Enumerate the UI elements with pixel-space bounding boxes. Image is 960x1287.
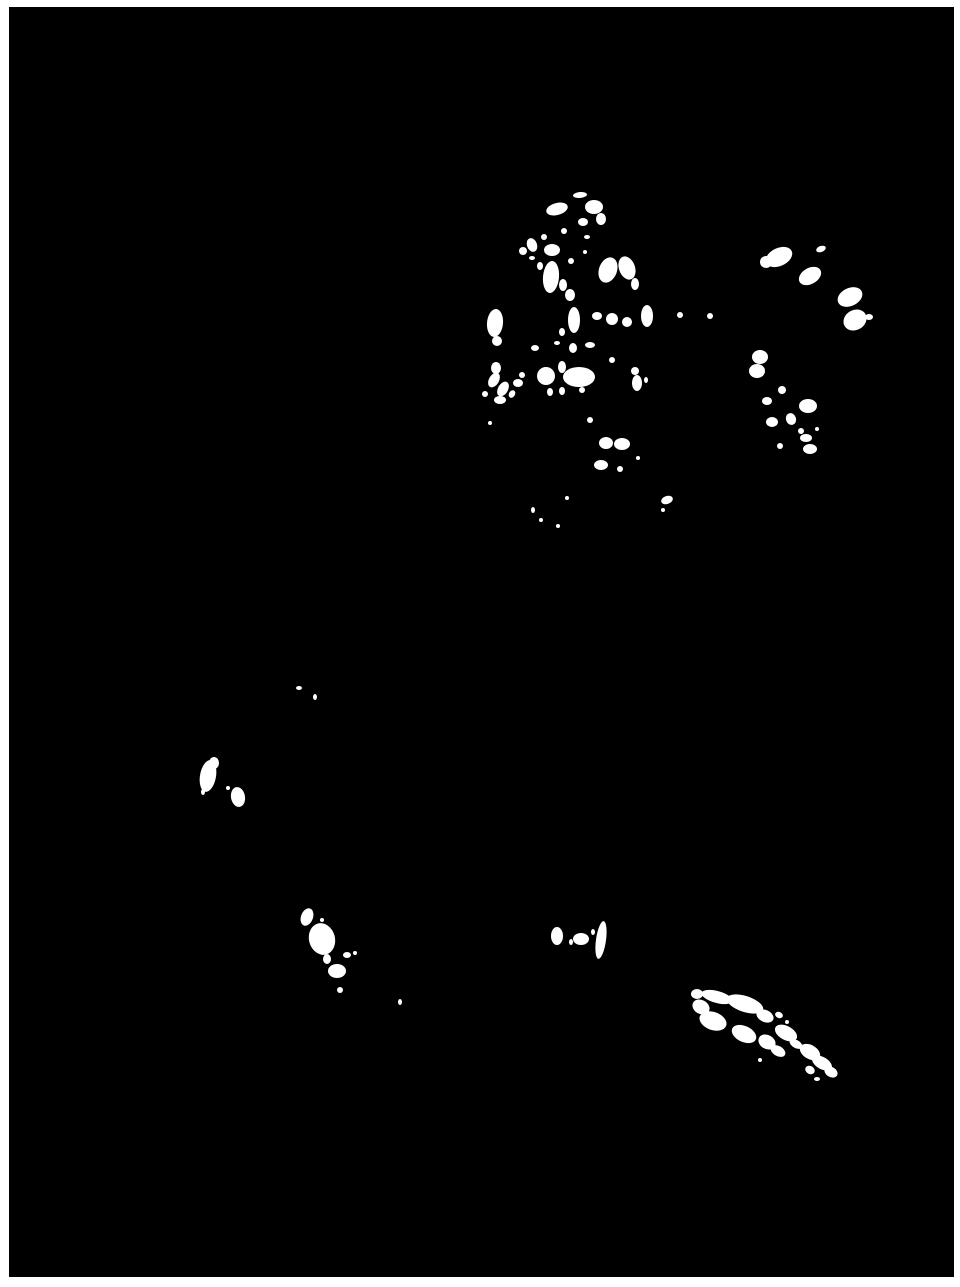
main-flower-cluster-blob	[492, 336, 502, 346]
main-flower-cluster-blob	[636, 456, 640, 460]
main-flower-cluster-blob	[554, 341, 560, 345]
main-flower-cluster-blob	[547, 388, 553, 396]
main-flower-cluster-blob	[531, 345, 539, 351]
main-flower-cluster-blob	[561, 228, 567, 234]
binary-mask-image	[0, 0, 960, 1287]
lower-middle-cluster-blob	[323, 954, 331, 964]
main-flower-cluster-blob	[583, 250, 587, 254]
mid-right-small-cluster-blob	[569, 939, 573, 945]
main-flower-cluster-blob	[661, 508, 665, 512]
lower-middle-cluster-blob	[320, 918, 324, 922]
main-flower-cluster-blob	[617, 466, 623, 472]
main-flower-cluster-blob	[592, 312, 602, 320]
mid-right-small-cluster-blob	[573, 933, 589, 945]
main-flower-cluster-blob	[482, 391, 488, 397]
main-flower-cluster-blob	[563, 367, 595, 387]
main-flower-cluster-blob	[568, 258, 574, 264]
main-flower-cluster-blob	[587, 417, 593, 423]
main-flower-cluster-blob	[631, 278, 639, 290]
lower-middle-cluster-blob	[337, 987, 343, 993]
mid-right-small-cluster-blob	[591, 929, 595, 935]
leaf-streak-blob	[758, 1058, 762, 1062]
main-flower-cluster-blob	[565, 496, 569, 500]
main-flower-cluster-blob	[488, 421, 492, 425]
right-flower-cluster-blob	[752, 350, 768, 364]
main-flower-cluster-blob	[596, 213, 606, 225]
lower-middle-cluster-blob	[328, 964, 346, 978]
left-small-dots-blob	[296, 686, 302, 690]
right-flower-cluster-blob	[777, 443, 783, 449]
main-flower-cluster-blob	[541, 234, 547, 240]
right-flower-cluster-blob	[800, 434, 812, 442]
leaf-streak-blob	[691, 989, 703, 999]
main-flower-cluster-blob	[537, 367, 555, 385]
main-flower-cluster-blob	[519, 247, 527, 255]
main-flower-cluster-blob	[585, 342, 595, 348]
lower-middle-cluster-blob	[353, 951, 357, 955]
main-flower-cluster-blob	[565, 289, 575, 301]
main-flower-cluster-blob	[559, 328, 565, 336]
main-flower-cluster-blob	[606, 313, 618, 325]
main-flower-cluster-blob	[594, 460, 608, 470]
main-flower-cluster-blob	[513, 379, 523, 387]
main-flower-cluster-blob	[519, 372, 525, 378]
right-flower-cluster-blob	[803, 444, 817, 454]
right-flower-cluster-blob	[799, 399, 817, 413]
left-small-dots-blob	[313, 694, 317, 700]
lower-left-cluster-blob	[209, 757, 219, 769]
main-flower-cluster-blob	[622, 317, 632, 327]
right-flower-cluster-blob	[749, 364, 765, 378]
right-flower-cluster-blob	[815, 427, 819, 431]
leaf-streak-blob	[785, 1020, 789, 1024]
main-flower-cluster-blob	[578, 218, 588, 226]
main-flower-cluster-blob	[599, 437, 613, 449]
main-flower-cluster-blob	[559, 279, 567, 291]
main-flower-cluster-blob	[529, 256, 535, 260]
main-flower-cluster-blob	[677, 312, 683, 318]
main-flower-cluster-blob	[558, 361, 566, 373]
main-flower-cluster-blob	[568, 307, 580, 333]
mask-background	[9, 7, 954, 1277]
main-flower-cluster-blob	[537, 262, 543, 270]
main-flower-cluster-blob	[609, 357, 615, 363]
leaf-streak-blob	[814, 1077, 820, 1081]
main-flower-cluster-blob	[569, 343, 577, 353]
main-flower-cluster-blob	[585, 200, 603, 214]
main-flower-cluster-blob	[531, 507, 535, 513]
right-flower-cluster-blob	[762, 397, 772, 405]
lower-left-cluster-blob	[226, 786, 230, 790]
lower-middle-cluster-blob	[398, 999, 402, 1005]
main-flower-cluster-blob	[556, 524, 560, 528]
binary-mask-page	[0, 0, 960, 1287]
right-flower-cluster-blob	[778, 386, 786, 394]
main-flower-cluster-blob	[631, 367, 639, 375]
main-flower-cluster-blob	[632, 375, 642, 391]
main-flower-cluster-blob	[544, 244, 560, 256]
main-flower-cluster-blob	[644, 377, 648, 383]
main-flower-cluster-blob	[491, 362, 501, 374]
main-flower-cluster-blob	[539, 518, 543, 522]
main-flower-cluster-blob	[494, 396, 506, 404]
right-flower-cluster-blob	[798, 428, 804, 434]
main-flower-cluster-blob	[579, 387, 585, 393]
right-flower-cluster-blob	[865, 314, 873, 320]
right-flower-cluster-blob	[707, 313, 713, 319]
right-flower-cluster-blob	[766, 417, 778, 427]
main-flower-cluster-blob	[584, 235, 590, 239]
lower-middle-cluster-blob	[343, 952, 351, 958]
main-flower-cluster-blob	[559, 387, 565, 395]
mid-right-small-cluster-blob	[551, 927, 563, 945]
lower-left-cluster-blob	[201, 789, 205, 795]
main-flower-cluster-blob	[614, 438, 630, 450]
right-flower-cluster-blob	[760, 256, 772, 268]
main-flower-cluster-blob	[641, 305, 653, 327]
